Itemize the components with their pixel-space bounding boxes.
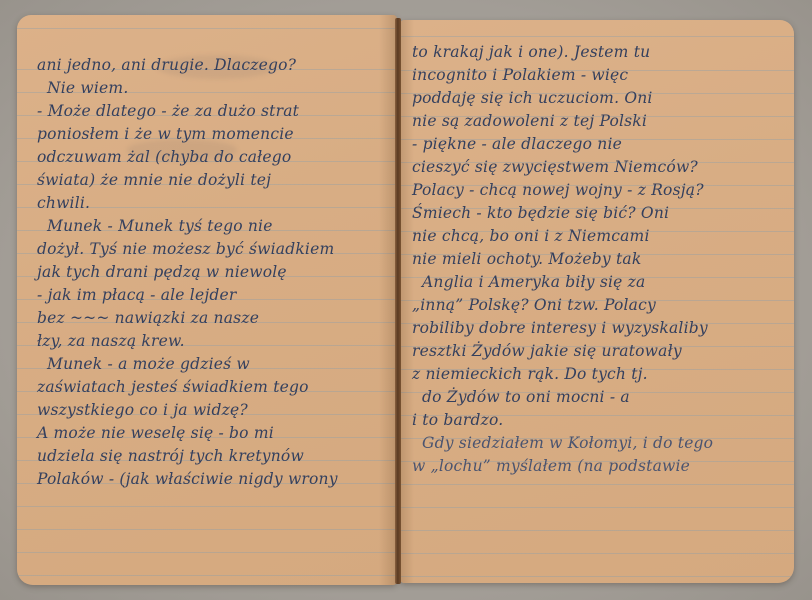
text-line: Munek - Munek tyś tego nie [37, 215, 392, 238]
text-line: - piękne - ale dlaczego nie [412, 133, 782, 156]
text-line: i to bardzo. [412, 409, 782, 432]
text-line: nie są zadowoleni z tej Polski [412, 110, 782, 133]
text-line: chwili. [37, 192, 392, 215]
text-line: to krakaj jak i one). Jestem tu [412, 41, 782, 64]
text-line: do Żydów to oni mocni - a [412, 386, 782, 409]
text-line: nie chcą, bo oni i z Niemcami [412, 225, 782, 248]
text-line: Gdy siedziałem w Kołomyi, i do tego [412, 432, 782, 455]
right-page-text: to krakaj jak i one). Jestem tu incognit… [412, 41, 782, 478]
text-line: w „lochu” myślałem (na podstawie [412, 455, 782, 478]
notebook-spread: ani jedno, ani drugie. Dlaczego? Nie wie… [0, 0, 812, 600]
text-line: Śmiech - kto będzie się bić? Oni [412, 202, 782, 225]
notebook-spine [395, 18, 401, 584]
text-line: robiliby dobre interesy i wyzyskaliby [412, 317, 782, 340]
text-line: jak tych drani pędzą w niewolę [37, 261, 392, 284]
text-line: dożył. Tyś nie możesz być świadkiem [37, 238, 392, 261]
left-page: ani jedno, ani drugie. Dlaczego? Nie wie… [17, 15, 397, 585]
text-line: „inną” Polskę? Oni tzw. Polacy [412, 294, 782, 317]
text-line: wszystkiego co i ja widzę? [37, 399, 392, 422]
right-page: to krakaj jak i one). Jestem tu incognit… [400, 20, 794, 583]
text-line: udziela się nastrój tych kretynów [37, 445, 392, 468]
text-line: poniosłem i że w tym momencie [37, 123, 392, 146]
text-line: odczuwam żal (chyba do całego [37, 146, 392, 169]
text-line: zaświatach jesteś świadkiem tego [37, 376, 392, 399]
left-page-text: ani jedno, ani drugie. Dlaczego? Nie wie… [37, 54, 392, 491]
text-line: A może nie weselę się - bo mi [37, 422, 392, 445]
text-line: ani jedno, ani drugie. Dlaczego? [37, 54, 392, 77]
text-line: Munek - a może gdzieś w [37, 353, 392, 376]
text-line: Nie wiem. [37, 77, 392, 100]
text-line: poddaję się ich uczuciom. Oni [412, 87, 782, 110]
text-line: Polacy - chcą nowej wojny - z Rosją? [412, 179, 782, 202]
text-line: łzy, za naszą krew. [37, 330, 392, 353]
text-line: Polaków - (jak właściwie nigdy wrony [37, 468, 392, 491]
text-line: bez ~~~ nawiązki za nasze [37, 307, 392, 330]
text-line: - Może dlatego - że za dużo strat [37, 100, 392, 123]
text-line: Anglia i Ameryka biły się za [412, 271, 782, 294]
text-line: incognito i Polakiem - więc [412, 64, 782, 87]
text-line: resztki Żydów jakie się uratowały [412, 340, 782, 363]
text-line: - jak im płacą - ale lejder [37, 284, 392, 307]
text-line: nie mieli ochoty. Możeby tak [412, 248, 782, 271]
text-line: cieszyć się zwycięstwem Niemców? [412, 156, 782, 179]
text-line: z niemieckich rąk. Do tych tj. [412, 363, 782, 386]
text-line: świata) że mnie nie dożyli tej [37, 169, 392, 192]
